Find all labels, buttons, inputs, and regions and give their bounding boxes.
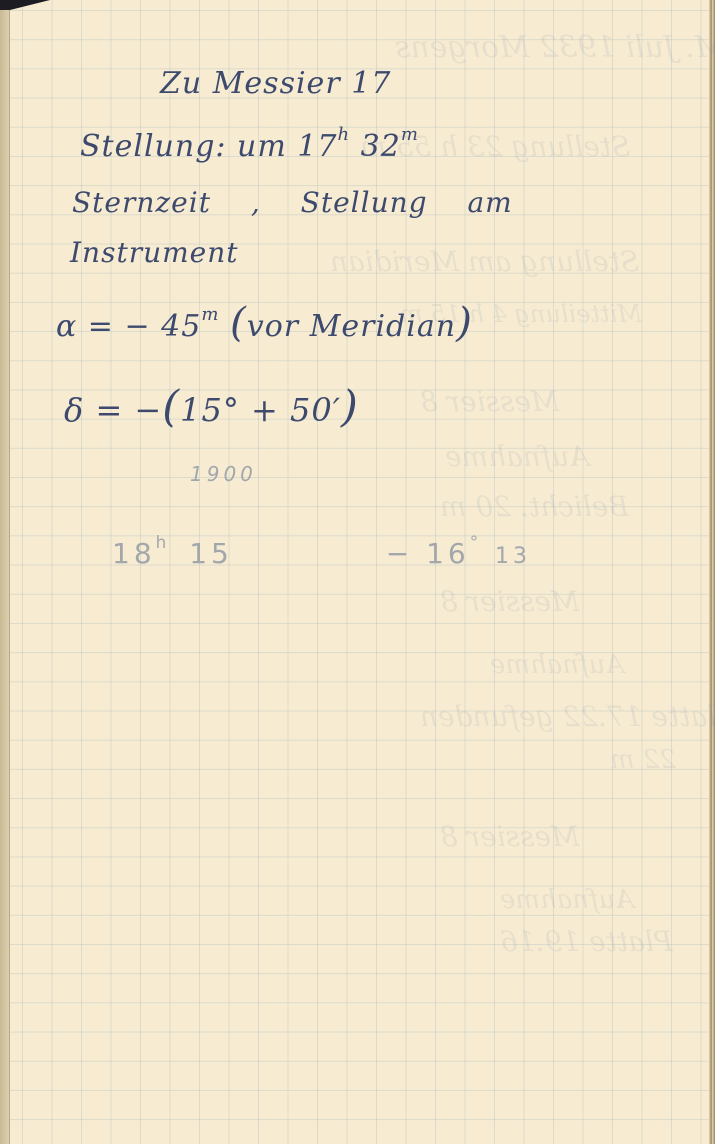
ra-hours: 18 (112, 537, 156, 570)
alpha-minutes-superscript: m (201, 304, 219, 325)
meridian-note: vor Meridian (247, 309, 456, 344)
stellung-line: Stellung: um 17h 32m (80, 124, 419, 164)
close-paren: ) (456, 298, 473, 346)
minutes-superscript: m (401, 124, 419, 145)
ra-minutes: 15 (189, 537, 233, 570)
heading-messier-17: Zu Messier 17 (160, 66, 391, 101)
declination-minutes: 13 (495, 544, 531, 569)
epoch-1900: 1900 (190, 462, 257, 486)
delta-expression: δ = − (64, 391, 162, 429)
notebook-page: M. Juli 1932 Morgens Stellung 23 h 55 m … (0, 0, 715, 1144)
bleed-through-line: Messier 8 (440, 585, 580, 618)
bleed-through-line: Messier 8 (420, 385, 560, 418)
bleed-through-line: Messier 8 (440, 820, 580, 853)
minutes-value: 32 (350, 129, 401, 164)
page-edge (709, 0, 715, 1144)
open-paren: ( (162, 382, 180, 432)
page-gutter (0, 0, 10, 1144)
close-paren: ) (341, 382, 359, 432)
declination-degrees: − 16 (386, 537, 470, 570)
delta-line: δ = −(15° + 50′) (64, 382, 359, 432)
coordinates-line: 18h 15 − 16° 13 (112, 532, 531, 570)
sternzeit-line: Sternzeit , Stellung am (72, 186, 513, 219)
bleed-through-line: Aufnahme (445, 440, 590, 473)
degree-superscript: ° (470, 532, 482, 552)
bleed-through-line: Aufnahme (500, 885, 634, 915)
bleed-through-line: Stellung am Meridian (330, 245, 639, 278)
open-paren: ( (230, 298, 247, 346)
bleed-through-line: Aufnahme (490, 650, 624, 680)
bleed-through-line: 22 m (610, 745, 676, 775)
delta-inner: 15° + 50′ (180, 391, 341, 429)
bleed-through-line: M. Juli 1932 Morgens (395, 30, 715, 65)
ra-hours-superscript: h (156, 532, 171, 552)
bleed-through-line: Platte 19.16 (500, 925, 673, 958)
hours-superscript: h (338, 124, 351, 145)
bleed-through-line: Belicht. 20 m (440, 490, 629, 523)
stellung-text: Stellung: um 17 (80, 129, 338, 164)
alpha-line: α = − 45m (vor Meridian) (56, 298, 473, 346)
bleed-through-line: der Platte 17.22 gefunden (420, 700, 715, 733)
alpha-expression: α = − 45 (56, 309, 201, 344)
binding-corner (0, 0, 50, 10)
instrument-line: Instrument (70, 236, 239, 269)
